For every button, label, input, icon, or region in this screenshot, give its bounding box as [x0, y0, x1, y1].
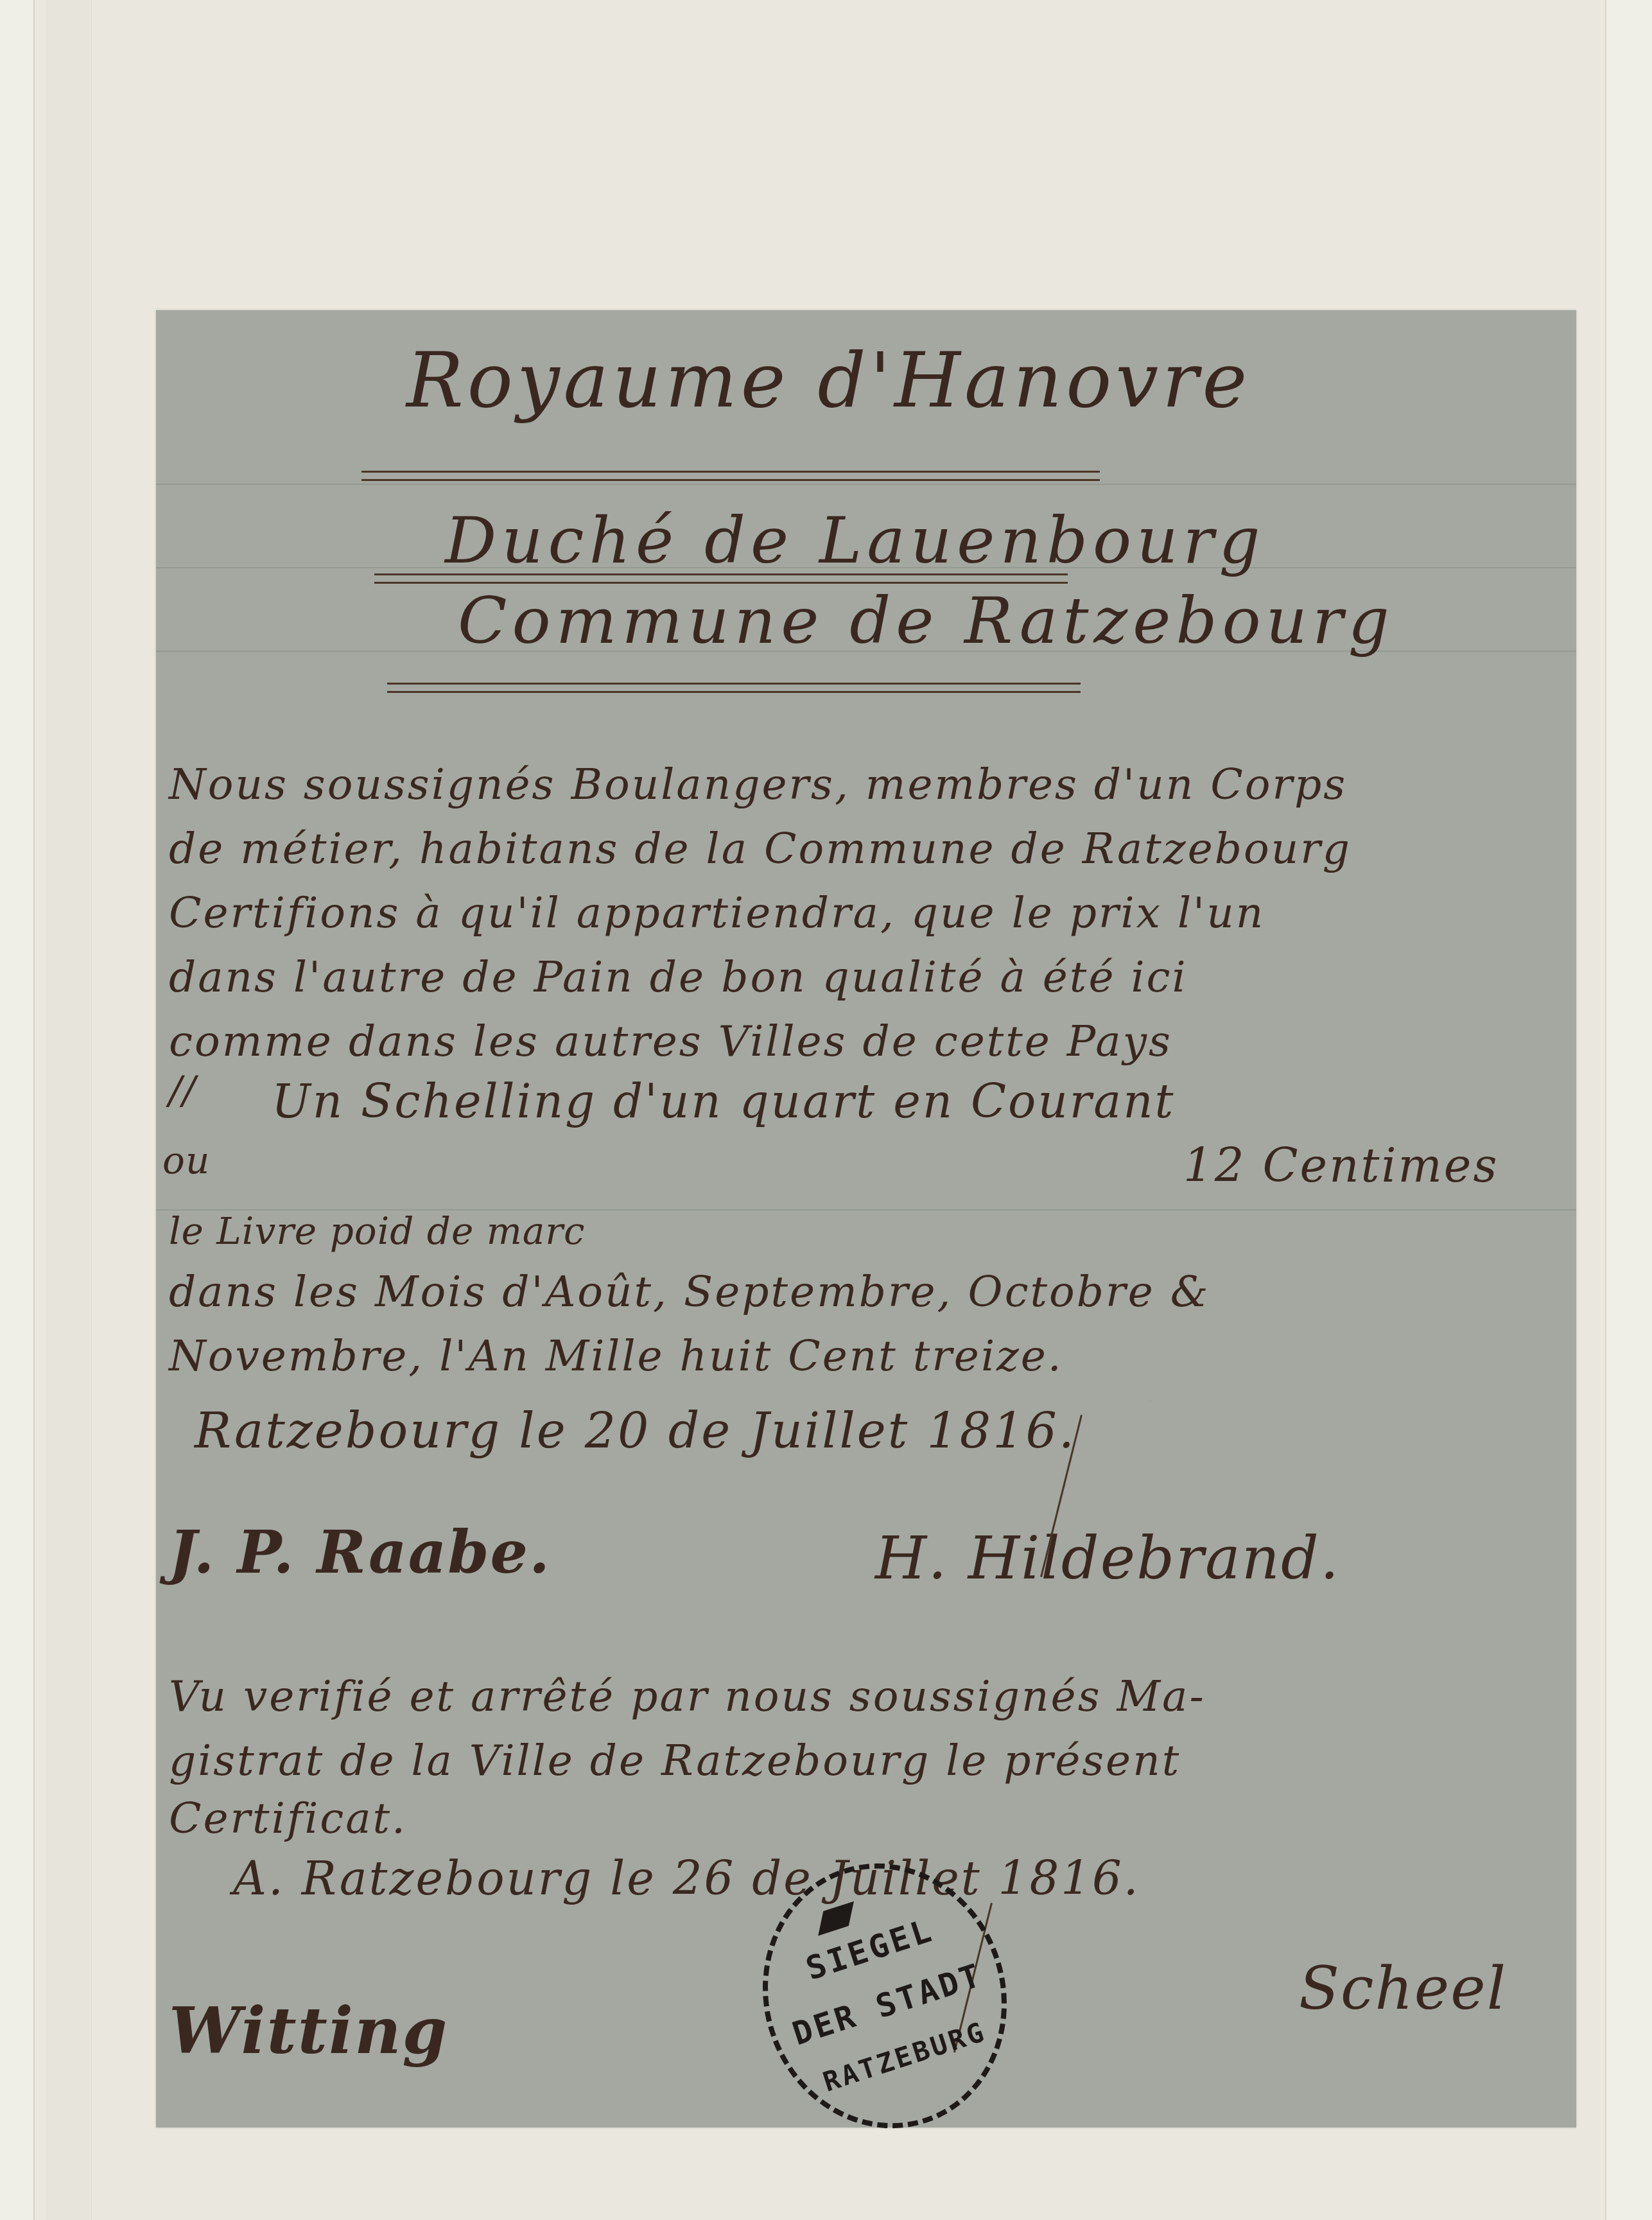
- body-line-1: Nous soussignés Boulangers, membres d'un…: [169, 760, 1347, 809]
- price-shilling: Un Schelling d'un quart en Courant: [272, 1074, 1175, 1128]
- price-per-pound: le Livre poid de marc: [169, 1209, 585, 1253]
- signature-raabe: J. P. Raabe.: [169, 1517, 551, 1587]
- signature-scheel: Scheel: [1299, 1954, 1507, 2023]
- body-line-5: comme dans les autres Villes de cette Pa…: [169, 1017, 1172, 1066]
- heading-underline: [387, 683, 1081, 693]
- certificate-document: Royaume d'Hanovre Duché de Lauenbourg Co…: [156, 310, 1576, 2128]
- period-line-1: dans les Mois d'Août, Septembre, Octobre…: [169, 1267, 1210, 1316]
- heading-duchy: Duché de Lauenbourg: [445, 503, 1265, 578]
- body-line-3: Certifions à qu'il appartiendra, que le …: [169, 888, 1265, 938]
- body-line-4: dans l'autre de Pain de bon qualité à ét…: [169, 952, 1188, 1002]
- verification-line-2: gistrat de la Ville de Ratzebourg le pré…: [169, 1736, 1181, 1785]
- place-date: Ratzebourg le 20 de Juillet 1816.: [195, 1402, 1076, 1459]
- verification-line-1: Vu verifié et arrêté par nous soussignés…: [169, 1672, 1206, 1721]
- price-centimes: 12 Centimes: [1183, 1139, 1499, 1193]
- signature-witting: Witting: [169, 1993, 449, 2068]
- heading-kingdom: Royaume d'Hanovre: [406, 336, 1251, 424]
- ruled-line: [156, 484, 1576, 485]
- sleeve-seam: [46, 0, 92, 2220]
- seal-ornament-icon: [818, 1901, 854, 1936]
- period-line-2: Novembre, l'An Mille huit Cent treize.: [169, 1331, 1063, 1381]
- verification-line-3: Certificat.: [169, 1794, 407, 1843]
- verification-date: A. Ratzebourg le 26 de Juillet 1816.: [233, 1851, 1140, 1905]
- signature-hildebrand: H. Hildebrand.: [875, 1524, 1340, 1593]
- heading-commune: Commune de Ratzebourg: [458, 583, 1395, 658]
- body-line-2: de métier, habitans de la Commune de Rat…: [169, 824, 1352, 873]
- heading-underline: [374, 573, 1068, 584]
- double-stroke-mark: //: [169, 1068, 196, 1113]
- heading-underline: [361, 471, 1100, 481]
- price-or: ou: [162, 1139, 210, 1182]
